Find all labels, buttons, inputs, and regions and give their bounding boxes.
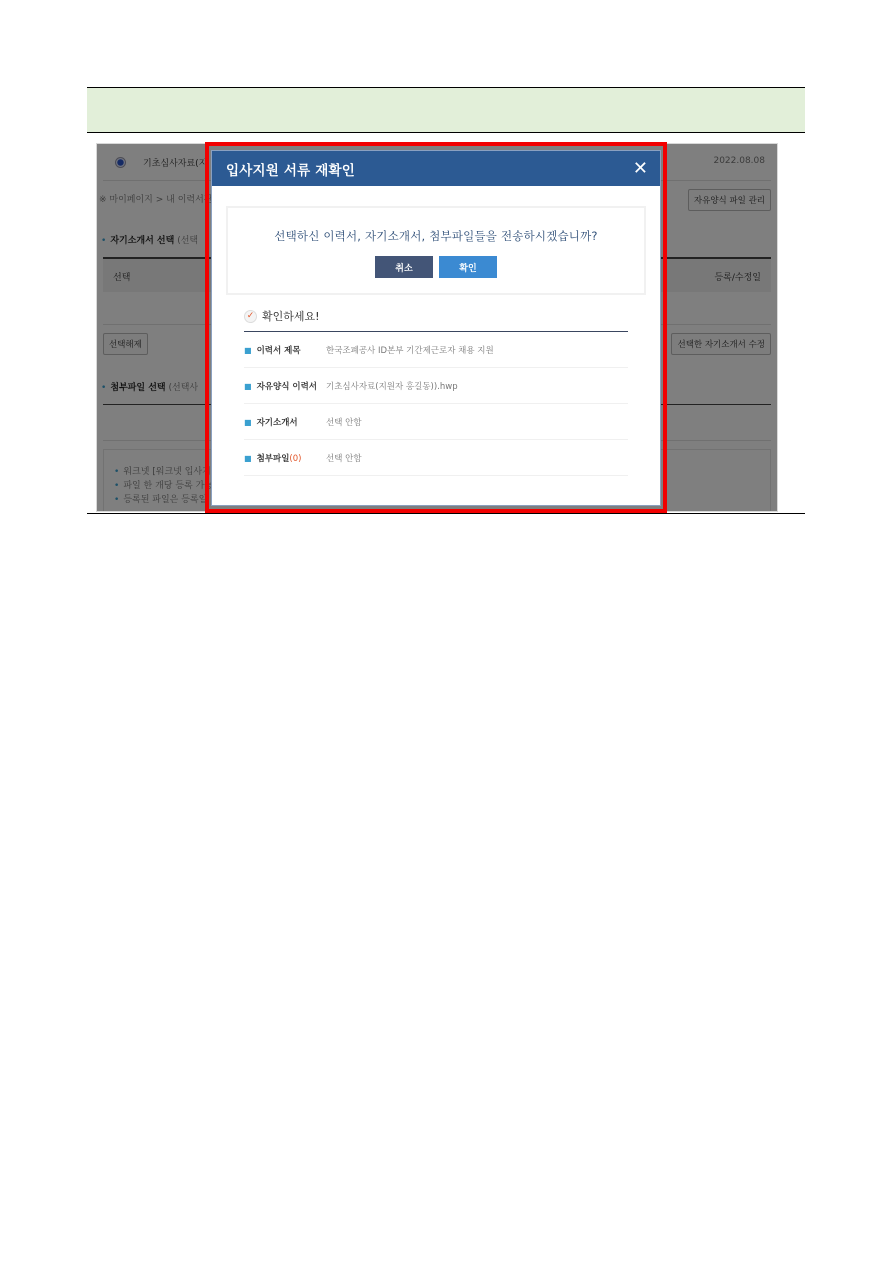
summary-item-resume-title: ■이력서 제목 한국조폐공사 ID본부 기간제근로자 채용 지원 (244, 332, 628, 368)
confirm-button[interactable]: 확인 (439, 256, 497, 278)
check-heading: ✓ 확인하세요! (244, 308, 628, 332)
header-band (87, 88, 805, 132)
submission-summary-list: ■이력서 제목 한국조폐공사 ID본부 기간제근로자 채용 지원 ■자유양식 이… (244, 332, 628, 476)
cancel-button[interactable]: 취소 (375, 256, 433, 278)
checkmark-icon: ✓ (244, 310, 257, 323)
bullet-icon: ■ (244, 382, 252, 391)
bullet-icon: ■ (244, 346, 252, 355)
bullet-icon: ■ (244, 454, 252, 463)
confirm-question: 선택하신 이력서, 자기소개서, 첨부파일들을 전송하시겠습니까? (228, 228, 644, 244)
close-icon[interactable]: ✕ (633, 160, 648, 178)
bullet-icon: ■ (244, 418, 252, 427)
document-confirm-modal: 입사지원 서류 재확인 ✕ 선택하신 이력서, 자기소개서, 첨부파일들을 전송… (211, 150, 661, 506)
modal-header: 입사지원 서류 재확인 ✕ (212, 151, 660, 186)
summary-item-cover-letter: ■자기소개서 선택 안함 (244, 404, 628, 440)
confirm-box: 선택하신 이력서, 자기소개서, 첨부파일들을 전송하시겠습니까? 취소 확인 (226, 206, 646, 295)
attachment-count: (0) (289, 454, 301, 464)
modal-title: 입사지원 서류 재확인 (226, 159, 355, 179)
band-bottom-rule (87, 132, 805, 133)
bottom-rule (87, 513, 805, 514)
summary-item-free-form-resume: ■자유양식 이력서 기초심사자료(지원자 홍길동)).hwp (244, 368, 628, 404)
summary-item-attachments: ■첨부파일(0) 선택 안함 (244, 440, 628, 476)
